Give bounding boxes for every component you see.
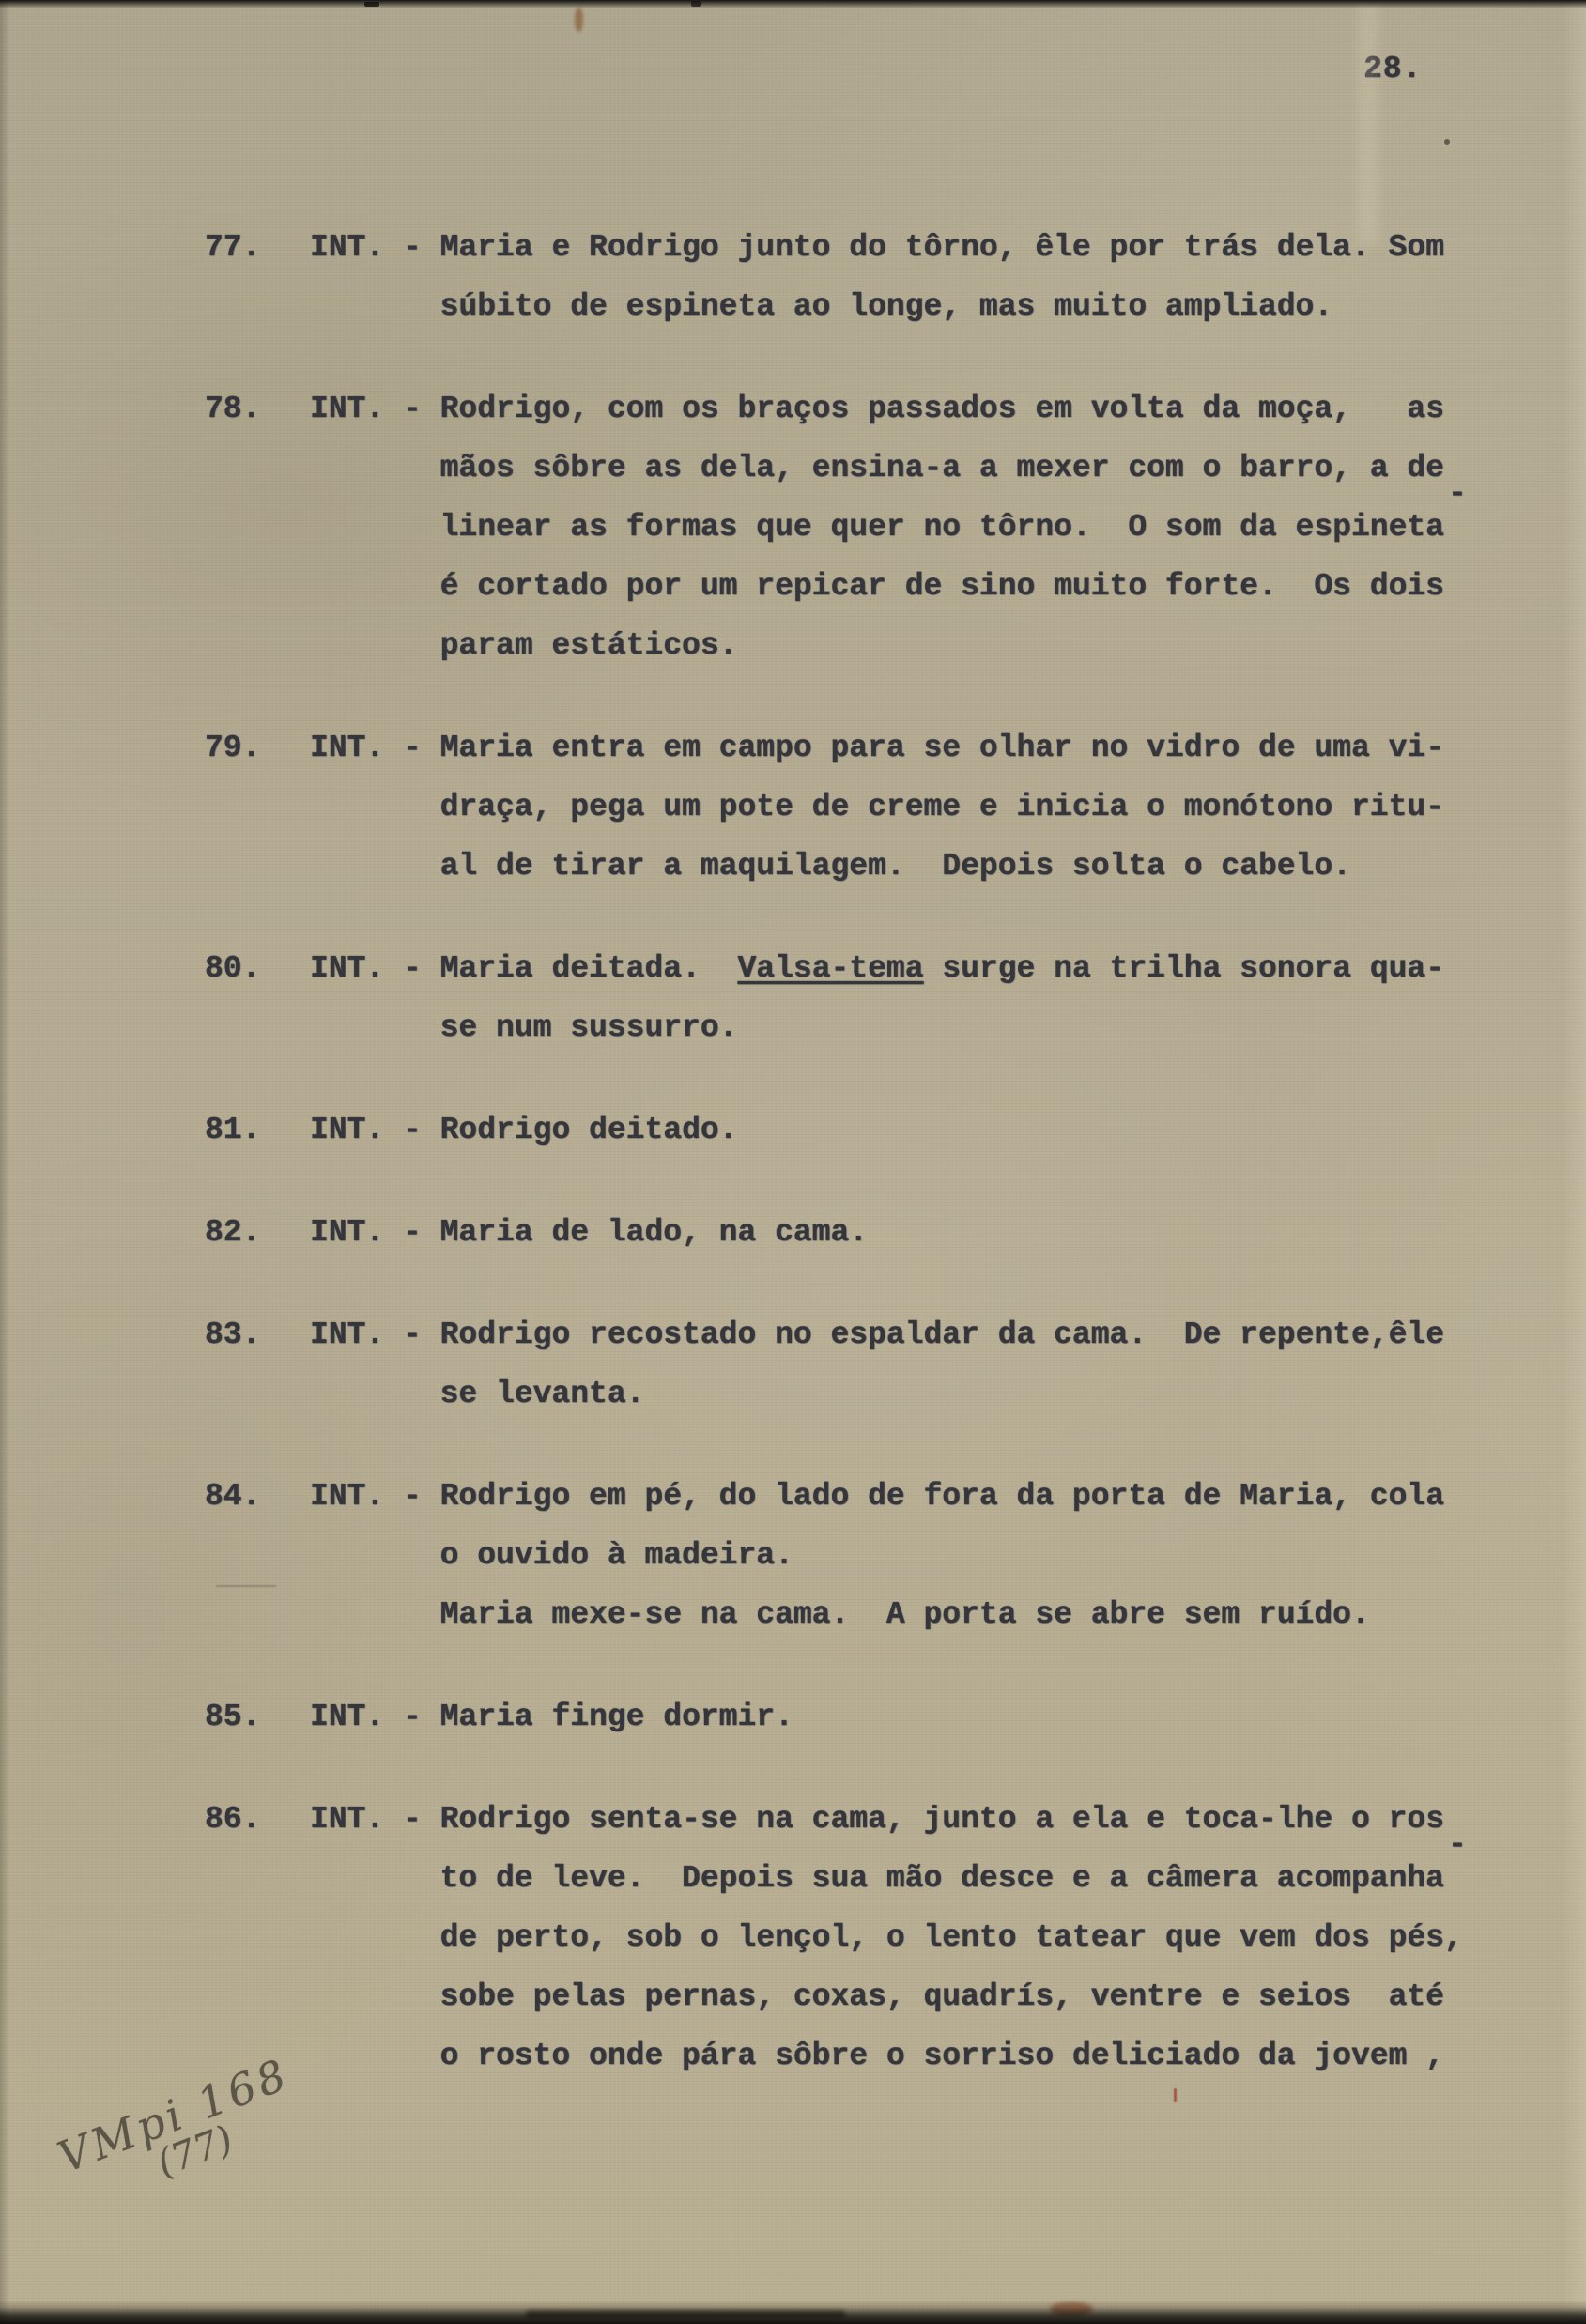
scene-number: 82. [205,1203,310,1262]
scene-item: 82.INT. - Maria de lado, na cama. [205,1203,1519,1262]
scene-number: 83. [205,1305,310,1364]
paper-speck [1444,139,1450,145]
scene-line: INT. - Rodrigo em pé, do lado de fora da… [310,1467,1519,1526]
scene-line: to de leve. Depois sua mão desce e a câm… [310,1849,1519,1908]
scene-number: 77. [205,218,310,277]
scene-number: 86. [205,1790,310,1849]
scene-description: INT. - Rodrigo senta-se na cama, junto a… [310,1790,1519,2085]
page-number: 28. [1363,52,1422,86]
scene-description: INT. - Rodrigo, com os braços passados e… [310,379,1519,675]
scene-item: 84.INT. - Rodrigo em pé, do lado de fora… [205,1467,1519,1644]
scene-description: INT. - Rodrigo em pé, do lado de fora da… [310,1467,1519,1644]
scene-list: 77.INT. - Maria e Rodrigo junto do tôrno… [205,218,1519,2129]
scene-line: de perto, sob o lençol, o lento tatear q… [310,1908,1519,1967]
scene-item: 78.INT. - Rodrigo, com os braços passado… [205,379,1519,675]
scene-item: 81.INT. - Rodrigo deitado. [205,1100,1519,1160]
handwritten-note: VMpi 168 (77) [51,2048,309,2218]
paper-speck [364,2,379,7]
underlined-text: Valsa-tema [737,951,923,986]
scene-number: 79. [205,718,310,777]
scene-line: o ouvido à madeira. [310,1526,1519,1585]
scene-line: é cortado por um repicar de sino muito f… [310,557,1519,616]
paper-stain [1050,2302,1093,2316]
scene-description: INT. - Rodrigo deitado. [310,1100,1519,1160]
scene-line: param estáticos. [310,616,1519,675]
stray-hyphen-mark: - [1448,1815,1467,1874]
scene-description: INT. - Maria deitada. Valsa-tema surge n… [310,939,1519,1057]
scene-line: al de tirar a maquilagem. Depois solta o… [310,837,1519,896]
scene-line: sobe pelas pernas, coxas, quadrís, ventr… [310,1967,1519,2026]
scene-line: linear as formas que quer no tôrno. O so… [310,498,1519,557]
scene-number: 78. [205,379,310,439]
stray-hyphen-mark: - [1448,464,1467,523]
scene-description: INT. - Rodrigo recostado no espaldar da … [310,1305,1519,1424]
paper-stain [526,2310,845,2318]
scene-number: 84. [205,1467,310,1526]
scene-line: INT. - Rodrigo, com os braços passados e… [310,379,1519,439]
scene-description: INT. - Maria finge dormir. [310,1687,1519,1747]
scene-line: draça, pega um pote de creme e inicia o … [310,777,1519,837]
scene-item: 77.INT. - Maria e Rodrigo junto do tôrno… [205,218,1519,336]
scene-line: INT. - Maria e Rodrigo junto do tôrno, ê… [310,218,1519,277]
scene-line: INT. - Maria entra em campo para se olha… [310,718,1519,777]
scene-line: se num sussurro. [310,998,1519,1057]
scene-number: 85. [205,1687,310,1747]
scene-item: 86.INT. - Rodrigo senta-se na cama, junt… [205,1790,1519,2085]
scene-number: 80. [205,939,310,998]
scene-line: INT. - Maria de lado, na cama. [310,1203,1519,1262]
scene-line: Maria mexe-se na cama. A porta se abre s… [310,1585,1519,1644]
scene-line: se levanta. [310,1364,1519,1424]
scene-line: INT. - Maria finge dormir. [310,1687,1519,1747]
scene-line: INT. - Rodrigo senta-se na cama, junto a… [310,1790,1519,1849]
scene-description: INT. - Maria e Rodrigo junto do tôrno, ê… [310,218,1519,336]
scene-line: súbito de espineta ao longe, mas muito a… [310,277,1519,336]
scene-number: 81. [205,1100,310,1160]
scene-line: INT. - Maria deitada. Valsa-tema surge n… [310,939,1519,998]
scene-item: 79.INT. - Maria entra em campo para se o… [205,718,1519,896]
scene-line: mãos sôbre as dela, ensina-a a mexer com… [310,439,1519,498]
scene-item: 83.INT. - Rodrigo recostado no espaldar … [205,1305,1519,1424]
scene-line: INT. - Rodrigo deitado. [310,1100,1519,1160]
scene-line: o rosto onde pára sôbre o sorriso delici… [310,2026,1519,2085]
paper-stain [1358,0,1378,244]
document-page: 28. 77.INT. - Maria e Rodrigo junto do t… [0,0,1586,2324]
paper-speck [691,1,701,7]
scene-item: 85.INT. - Maria finge dormir. [205,1687,1519,1747]
scene-description: INT. - Maria de lado, na cama. [310,1203,1519,1262]
scene-description: INT. - Maria entra em campo para se olha… [310,718,1519,896]
scene-item: 80.INT. - Maria deitada. Valsa-tema surg… [205,939,1519,1057]
paper-stain [575,8,583,32]
scene-line: INT. - Rodrigo recostado no espaldar da … [310,1305,1519,1364]
